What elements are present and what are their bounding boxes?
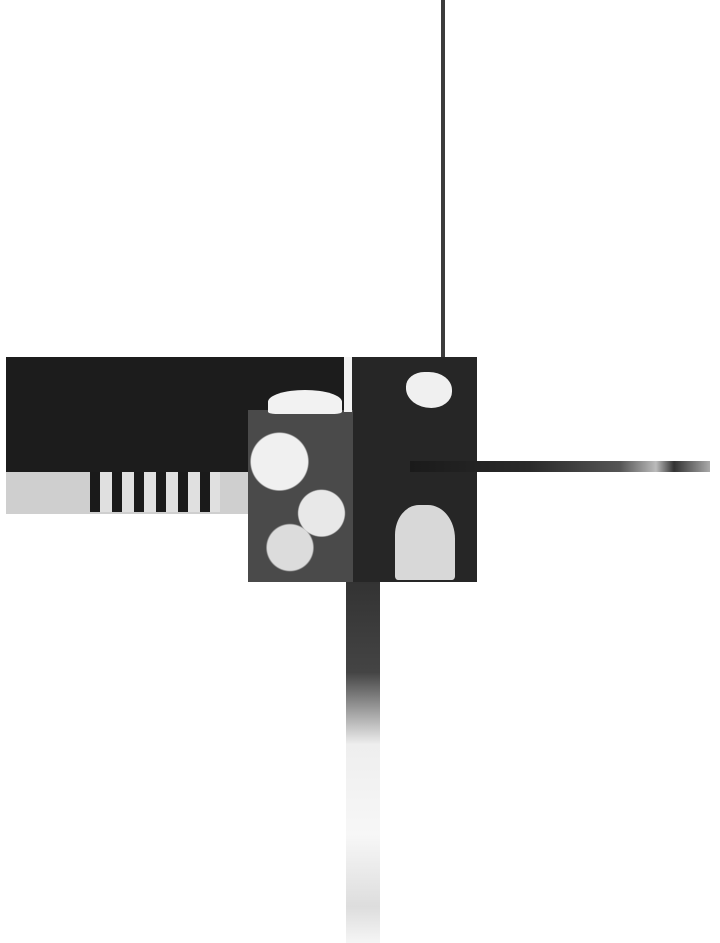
horizontal-bar [410, 461, 710, 472]
mottled-block-center [248, 410, 353, 582]
white-gap [344, 357, 352, 412]
vertical-stripes [90, 472, 220, 512]
thin-vertical-line [441, 0, 445, 360]
white-splash-center [268, 390, 342, 414]
light-patch-lower-right [395, 505, 455, 580]
vertical-bar-fading [346, 582, 380, 943]
